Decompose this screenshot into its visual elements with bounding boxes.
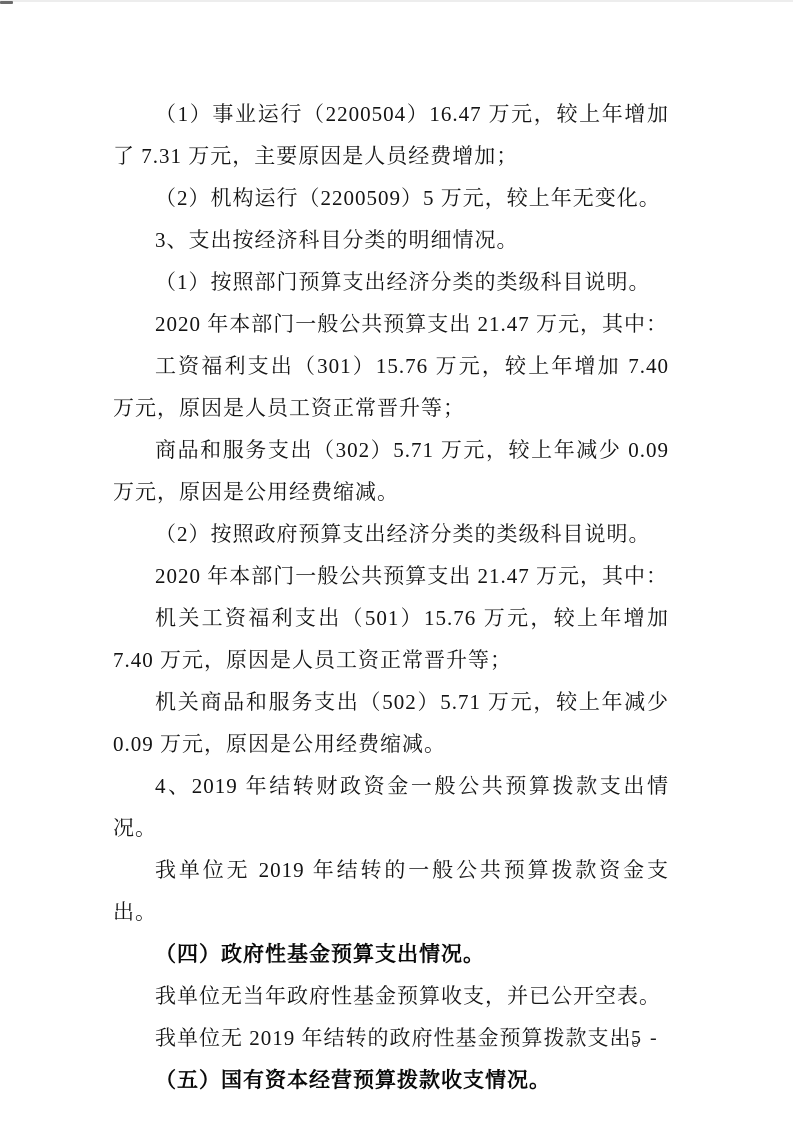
scan-streak-artifact [0, 0, 793, 2]
document-body: （1）事业运行（2200504）16.47 万元，较上年增加了 7.31 万元，… [113, 93, 669, 1101]
paragraph: 机关工资福利支出（501）15.76 万元，较上年增加 7.40 万元，原因是人… [113, 597, 669, 681]
paragraph: 工资福利支出（301）15.76 万元，较上年增加 7.40 万元，原因是人员工… [113, 345, 669, 429]
scan-corner-artifact [0, 1, 13, 4]
paragraph: （2）按照政府预算支出经济分类的类级科目说明。 [113, 513, 669, 555]
paragraph: （2）机构运行（2200509）5 万元，较上年无变化。 [113, 177, 669, 219]
paragraph: 商品和服务支出（302）5.71 万元，较上年减少 0.09 万元，原因是公用经… [113, 429, 669, 513]
paragraph: 我单位无 2019 年结转的一般公共预算拨款资金支出。 [113, 849, 669, 933]
paragraph: 我单位无当年政府性基金预算收支，并已公开空表。 [113, 975, 669, 1017]
document-page: （1）事业运行（2200504）16.47 万元，较上年增加了 7.31 万元，… [0, 0, 793, 1122]
paragraph: 2020 年本部门一般公共预算支出 21.47 万元，其中： [113, 555, 669, 597]
section-heading: （四）政府性基金预算支出情况。 [113, 933, 669, 975]
paragraph: 2020 年本部门一般公共预算支出 21.47 万元，其中： [113, 303, 669, 345]
paragraph: 机关商品和服务支出（502）5.71 万元，较上年减少 0.09 万元，原因是公… [113, 681, 669, 765]
page-number: - 5 - [597, 1026, 677, 1050]
paragraph: （1）事业运行（2200504）16.47 万元，较上年增加了 7.31 万元，… [113, 93, 669, 177]
paragraph: （1）按照部门预算支出经济分类的类级科目说明。 [113, 261, 669, 303]
paragraph: 4、2019 年结转财政资金一般公共预算拨款支出情况。 [113, 765, 669, 849]
section-heading: （五）国有资本经营预算拨款收支情况。 [113, 1059, 669, 1101]
paragraph: 我单位无 2019 年结转的政府性基金预算拨款支出。 [113, 1017, 669, 1059]
paragraph: 3、支出按经济科目分类的明细情况。 [113, 219, 669, 261]
